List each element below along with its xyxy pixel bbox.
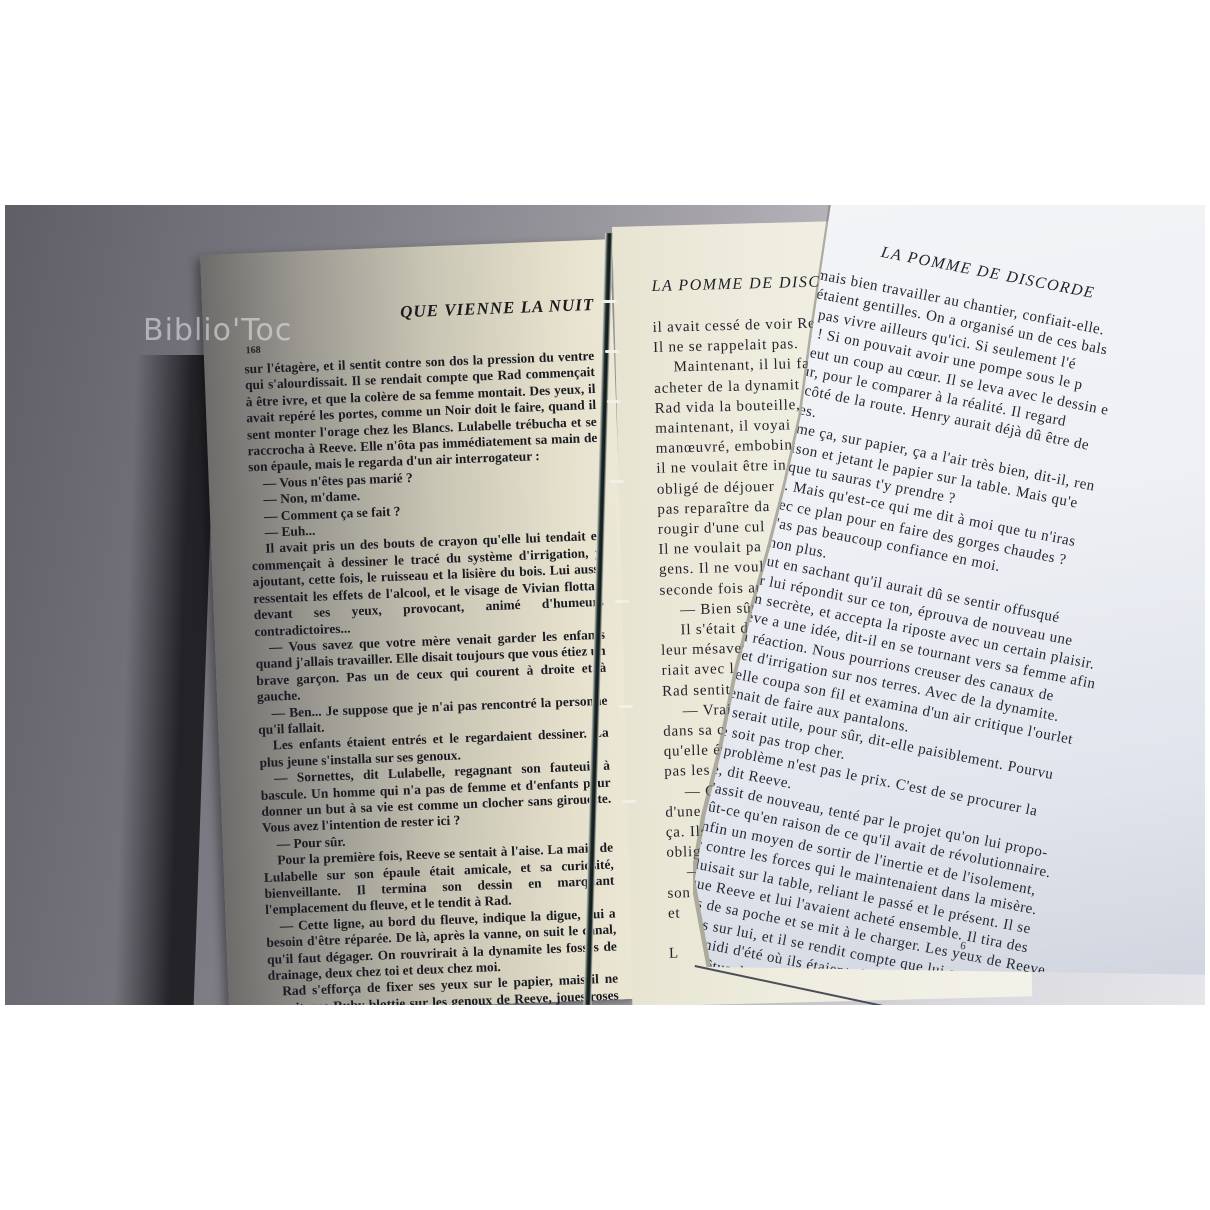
left-running-head: QUE VIENNE LA NUIT [400,295,595,322]
binding-stitch [610,480,624,483]
left-page-text: sur l'étagère, et il sentit contre son d… [244,348,621,1005]
paragraph: Il avait pris un des bouts de crayon qu'… [251,528,605,640]
left-book-page: QUE VIENNE LA NUIT 168 sur l'étagère, et… [200,239,639,1005]
binding-stitch [622,800,636,803]
book-photograph: QUE VIENNE LA NUIT 168 sur l'étagère, et… [5,205,1205,1005]
binding-stitch [605,350,619,353]
watermark-logo: Biblio'Toc [143,313,292,348]
paragraph: sur l'étagère, et il sentit contre son d… [244,348,598,476]
binding-stitch [603,300,617,303]
binding-stitch [619,705,633,708]
binding-stitch [607,400,621,403]
middle-running-head: LA POMME DE DISCO [651,273,833,296]
binding-stitch [615,600,629,603]
book-shadow [114,355,217,1005]
